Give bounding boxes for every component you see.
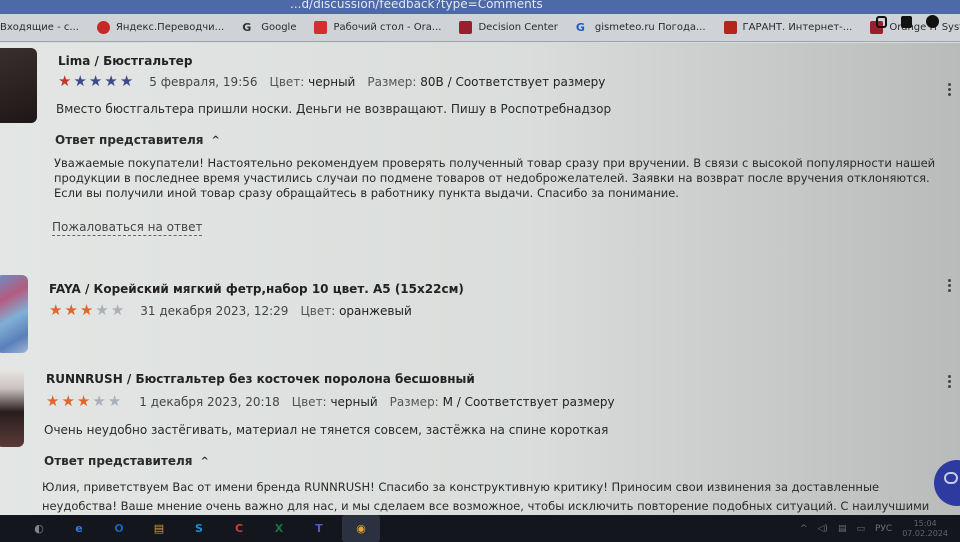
chrome-icon[interactable]: ◉ [342,515,380,542]
more-options-icon[interactable] [948,279,952,292]
star-filled-icon: ★ [49,303,62,318]
star-empty-icon: ★ [92,394,105,409]
review-date: 5 февраля, 19:56 [149,75,257,89]
review-date: 1 декабря 2023, 20:18 [139,395,280,409]
review-text: Очень неудобно застёгивать, материал не … [44,423,608,437]
clock-time: 15:04 [914,519,937,529]
url-text[interactable]: ...d/discussion/feedback?type=Comments [290,0,543,11]
decision-center-icon [459,21,472,34]
bookmark-label: Рабочий стол - Ora... [333,22,441,33]
reply-text: Юлия, приветствуем Вас от имени бренда R… [42,478,942,515]
star-empty-icon: ★ [108,394,121,409]
excel-icon[interactable]: X [268,520,290,538]
file-explorer-icon[interactable]: ▤ [148,520,170,538]
review-title[interactable]: Lima / Бюстгальтер [58,54,192,68]
oracle-icon [314,21,327,34]
system-tray: ^ ◁) ▤ ▭ РУС 15:04 07.02.2024 [800,519,948,539]
star-filled-icon: ★ [61,394,74,409]
rating-stars: ★★★★★ [49,303,124,318]
review-meta: ★★★★★ 1 декабря 2023, 20:18 Цвет: черный… [46,394,615,409]
color-info: Цвет: черный [292,395,378,409]
star-filled-icon: ★ [58,74,71,89]
size-info: Размер: M / Соответствует размеру [390,395,615,409]
reply-text: Уважаемые покупатели! Настоятельно реком… [54,156,954,201]
star-filled-icon: ★ [80,303,93,318]
bookmark-item[interactable]: Рабочий стол - Ora... [306,21,451,34]
clock-date: 07.02.2024 [902,529,948,539]
extensions-icon[interactable] [876,16,887,28]
product-thumbnail[interactable] [0,48,37,123]
reply-header-label: Ответ представителя [55,133,204,147]
bookmark-label: Decision Center [478,22,557,33]
star-empty-icon: ★ [89,74,102,89]
bookmark-item[interactable]: Яндекс.Переводчи... [89,21,234,34]
skype-icon[interactable]: S [188,520,210,538]
product-thumbnail[interactable] [0,275,28,353]
bookmark-item[interactable]: Ggismeteo.ru Погода... [568,21,716,34]
google-icon: G [242,21,255,34]
taskbar: ◐eO▤SCXT◉ ^ ◁) ▤ ▭ РУС 15:04 07.02.2024 [0,515,960,542]
rating-stars: ★★★★★ [58,74,133,89]
bookmark-item[interactable]: GGoogle [234,21,306,34]
yandex-translate-icon [97,21,110,34]
clock[interactable]: 15:04 07.02.2024 [902,519,948,539]
reply-toggle[interactable]: Ответ представителя ^ [55,133,220,147]
size-info: Размер: 80B / Соответствует размеру [367,75,605,89]
side-panel-icon[interactable] [901,16,912,28]
reply-toggle[interactable]: Ответ представителя ^ [44,454,209,468]
color-info: Цвет: черный [270,75,356,89]
bookmarks-bar: Входящие - с...Яндекс.Переводчи...GGoogl… [0,14,960,42]
bookmark-label: Входящие - с... [0,22,79,33]
cortana-icon[interactable]: ◐ [28,520,50,538]
chat-bubble-icon [944,472,958,484]
profile-avatar[interactable] [926,15,939,28]
review-title[interactable]: RUNNRUSH / Бюстгальтер без косточек поро… [46,372,475,386]
address-bar[interactable]: ...d/discussion/feedback?type=Comments [0,0,960,14]
chevron-up-icon: ^ [212,135,220,146]
star-empty-icon: ★ [73,74,86,89]
network-icon[interactable]: ▤ [838,524,847,534]
volume-icon[interactable]: ◁) [818,524,828,534]
language-indicator[interactable]: РУС [875,524,892,534]
chevron-up-icon: ^ [201,456,209,467]
bookmark-item[interactable]: Входящие - с... [0,22,89,33]
star-empty-icon: ★ [111,303,124,318]
star-filled-icon: ★ [46,394,59,409]
teams-icon[interactable]: T [308,520,330,538]
bookmark-item[interactable]: ГАРАНТ. Интернет-... [716,21,863,34]
star-empty-icon: ★ [120,74,133,89]
app-c-icon[interactable]: C [228,520,250,538]
reviews-page: Lima / Бюстгальтер ★★★★★ 5 февраля, 19:5… [0,43,960,515]
rating-stars: ★★★★★ [46,394,121,409]
bookmark-item[interactable]: Decision Center [451,21,567,34]
review-title[interactable]: FAYA / Корейский мягкий фетр,набор 10 цв… [49,282,464,296]
battery-icon[interactable]: ▭ [856,524,865,534]
edge-icon[interactable]: e [68,520,90,538]
outlook-icon[interactable]: O [108,520,130,538]
product-thumbnail[interactable] [0,369,24,447]
more-options-icon[interactable] [948,83,952,96]
bookmark-label: Google [261,22,296,33]
bookmark-label: ГАРАНТ. Интернет-... [743,22,853,33]
tray-expand-icon[interactable]: ^ [800,524,808,534]
complain-reply-link[interactable]: Пожаловаться на ответ [52,220,202,236]
color-info: Цвет: оранжевый [300,304,411,318]
star-empty-icon: ★ [95,303,108,318]
review-date: 31 декабря 2023, 12:29 [140,304,288,318]
review-text: Вместо бюстгальтера пришли носки. Деньги… [56,102,611,116]
garant-icon [724,21,737,34]
review-meta: ★★★★★ 5 февраля, 19:56 Цвет: черный Разм… [58,74,605,89]
reply-header-label: Ответ представителя [44,454,193,468]
more-options-icon[interactable] [948,375,952,388]
review-meta: ★★★★★ 31 декабря 2023, 12:29 Цвет: оранж… [49,303,412,318]
gismeteo-icon: G [576,21,589,34]
star-filled-icon: ★ [77,394,90,409]
star-empty-icon: ★ [104,74,117,89]
bookmark-label: gismeteo.ru Погода... [595,22,706,33]
bookmark-label: Яндекс.Переводчи... [116,22,224,33]
star-filled-icon: ★ [64,303,77,318]
